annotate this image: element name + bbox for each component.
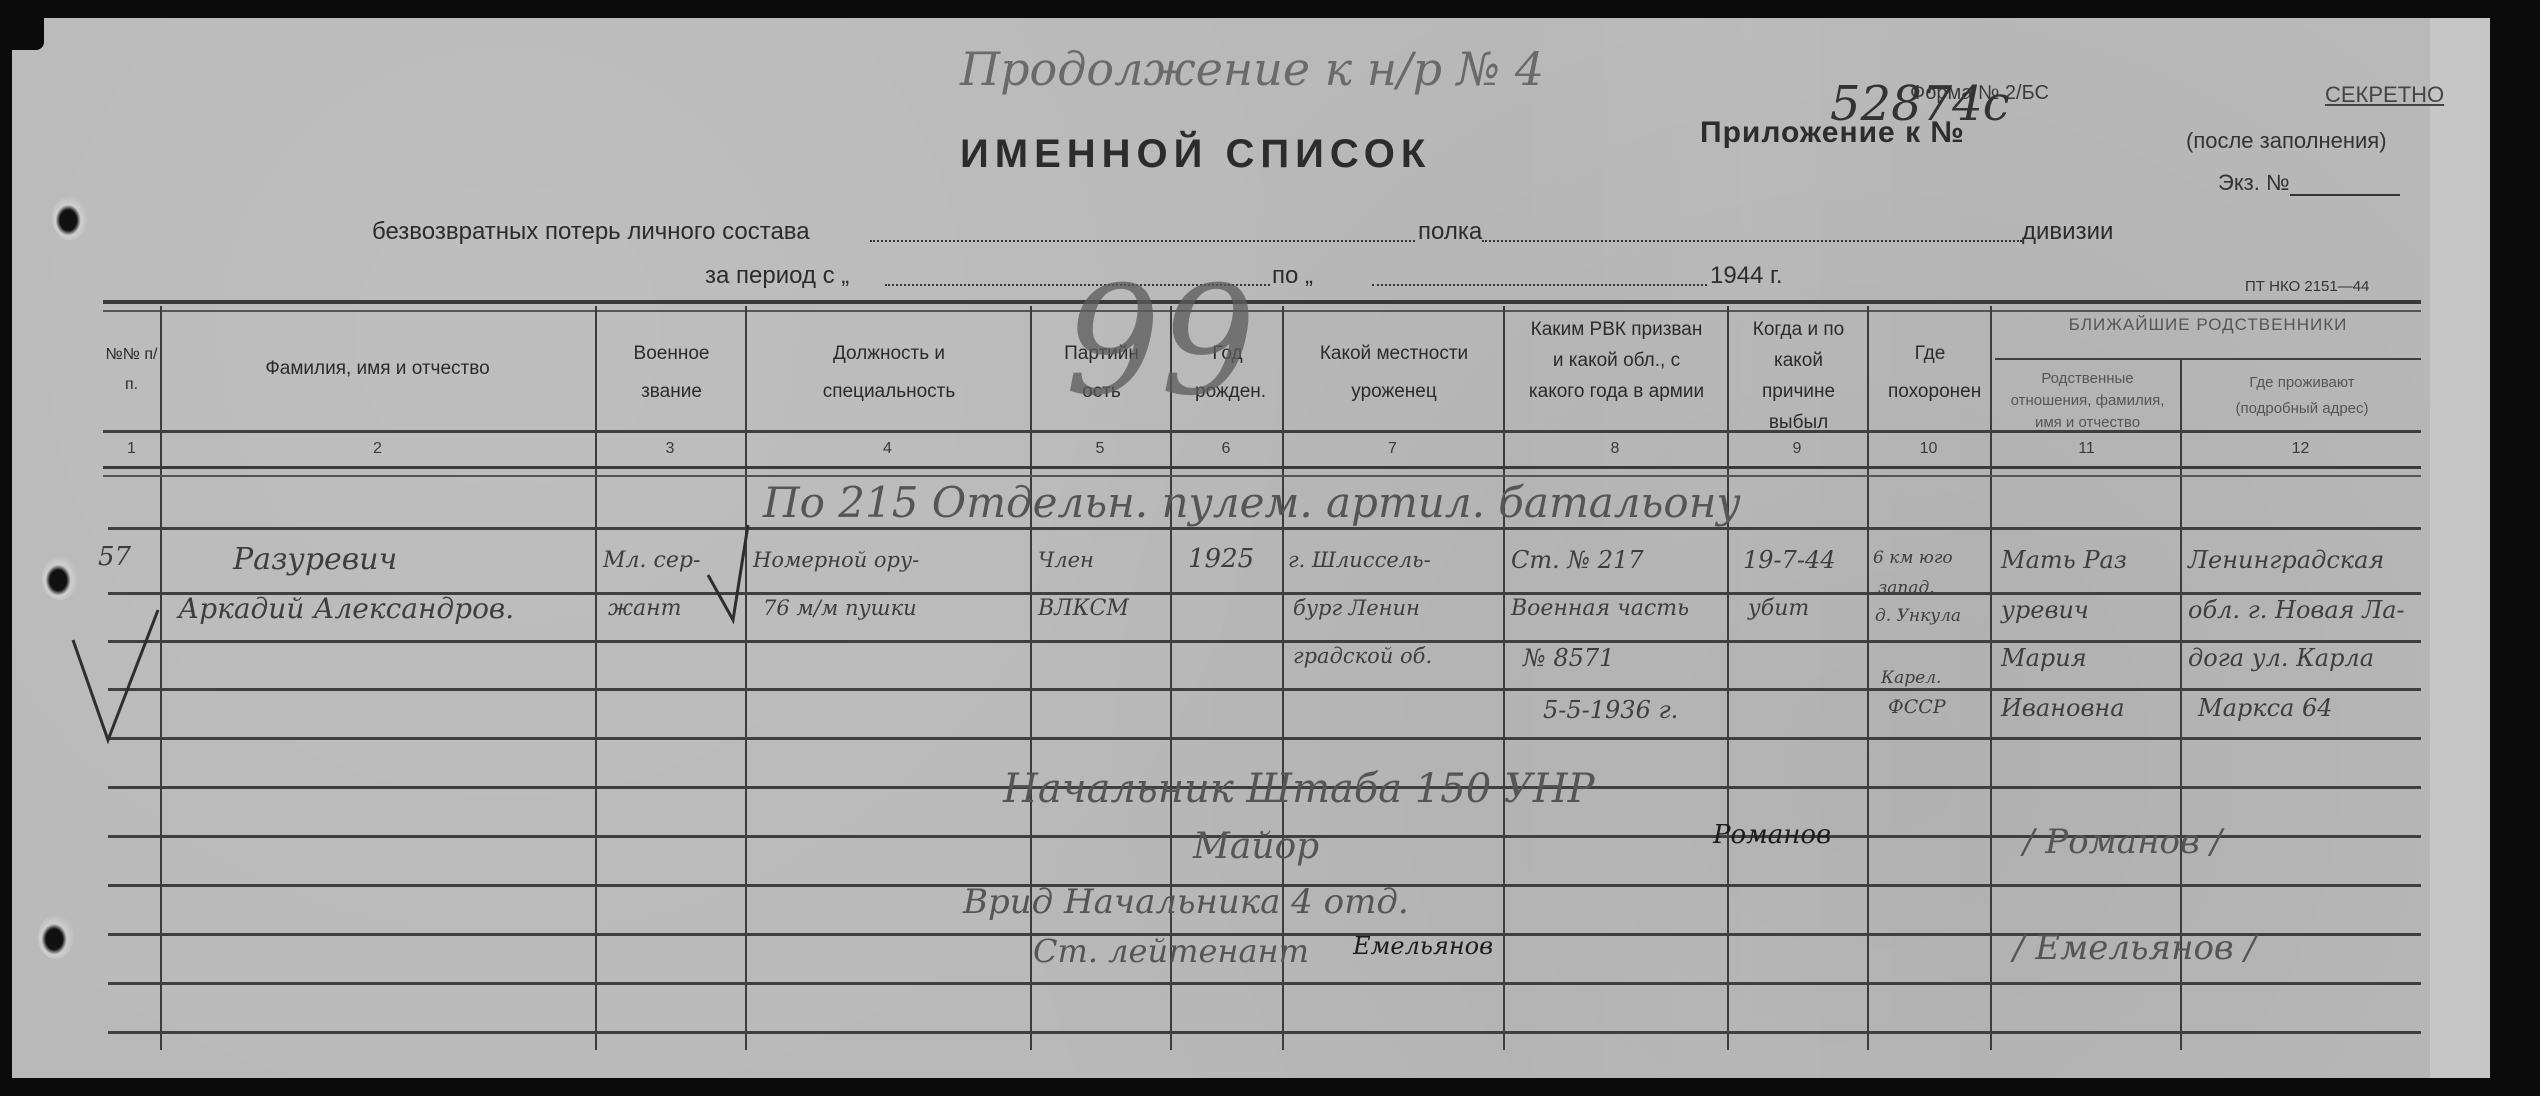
- col-number-1: 1: [103, 440, 160, 458]
- casualty-table: №№ п/п. Фамилия, имя и отчество Военное …: [103, 300, 2421, 1050]
- col-header-10: Где похоронен: [1870, 335, 1990, 411]
- record-surname: Разуревич: [233, 542, 397, 577]
- record-address-3: дога ул. Карла: [2188, 644, 2374, 672]
- print-code: ПТ НКО 2151—44: [2245, 278, 2369, 295]
- col-divider: [1503, 306, 1505, 1050]
- record-rvk-2: Военная часть: [1511, 596, 1689, 621]
- record-name-patronymic: Аркадий Александров.: [178, 592, 514, 625]
- record-buried-5: ФССР: [1888, 696, 1946, 718]
- losses-label: безвозвратных потерь личного состава: [372, 218, 810, 246]
- col-number-2: 2: [160, 440, 595, 458]
- col-header-9: Когда и по какой причине выбыл: [1730, 314, 1867, 438]
- col-header-1: №№ п/п.: [103, 340, 160, 400]
- record-birthplace-3: градской об.: [1293, 644, 1432, 668]
- col-divider: [1727, 306, 1729, 1050]
- record-rvk-1: Ст. № 217: [1511, 546, 1644, 574]
- row-line: [108, 1031, 2421, 1034]
- relatives-group-header: БЛИЖАЙШИЕ РОДСТВЕННИКИ: [1995, 306, 2421, 344]
- punch-hole-top: [52, 196, 88, 240]
- row-line: [108, 640, 2421, 643]
- checkmark-icon: [63, 600, 183, 750]
- col-header-11: Родственные отношения, фамилия, имя и от…: [1995, 368, 2180, 434]
- period-label: за период с „: [705, 262, 849, 290]
- period-year: 1944 г.: [1710, 262, 1783, 290]
- record-birth-year: 1925: [1188, 544, 1254, 574]
- row-line: [108, 982, 2421, 985]
- chief-rank: Майор: [1193, 826, 1319, 867]
- deputy-title: Врид Начальника 4 отд.: [963, 882, 1409, 922]
- record-rank-1: Мл. сер-: [603, 548, 700, 573]
- checkmark-icon: [703, 520, 763, 640]
- record-rvk-4: 5-5-1936 г.: [1543, 696, 1678, 724]
- col-header-4: Должность и специальность: [748, 335, 1030, 411]
- handwritten-continuation: Продолжение к н/р № 4: [960, 42, 1544, 96]
- record-number: 57: [98, 542, 131, 572]
- record-position-1: Номерной ору-: [753, 548, 919, 572]
- record-buried-1: 6 км юго: [1873, 548, 1953, 568]
- record-relative-2: уревич: [2001, 596, 2089, 624]
- col-divider: [745, 306, 747, 1050]
- period-to-label: по „: [1272, 262, 1313, 290]
- col-header-7: Какой местности уроженец: [1285, 335, 1503, 411]
- col-number-11: 11: [1993, 440, 2180, 458]
- copy-number-field: [2290, 194, 2400, 196]
- copy-number-label: Экз. №: [2218, 170, 2290, 196]
- body-top-rule: [103, 466, 2421, 477]
- col-divider: [1990, 306, 1992, 1050]
- deputy-signature: Емельянов: [1353, 932, 1493, 960]
- chief-name: / Романов /: [2023, 822, 2222, 862]
- col-header-8: Каким РВК призван и какой обл., с какого…: [1506, 314, 1727, 407]
- record-buried-2: запад.: [1878, 578, 1935, 598]
- secret-label: СЕКРЕТНО: [2325, 82, 2444, 108]
- record-position-2: 76 м/м пушки: [763, 596, 917, 620]
- paper-edge-strip: [2430, 18, 2490, 1078]
- col-number-7: 7: [1282, 440, 1503, 458]
- record-left-reason: убит: [1748, 596, 1809, 621]
- chief-title: Начальник Штаба 150 УНР: [1003, 766, 1595, 812]
- record-address-1: Ленинградская: [2188, 546, 2384, 574]
- record-buried-4: Карел.: [1881, 668, 1941, 688]
- col-header-3: Военное звание: [598, 335, 745, 411]
- record-rvk-3: № 8571: [1523, 644, 1614, 672]
- deputy-name: / Емельянов /: [2013, 928, 2256, 968]
- regiment-label: полка: [1418, 218, 1482, 246]
- col-number-5: 5: [1030, 440, 1170, 458]
- record-relative-1: Мать Раз: [2001, 546, 2127, 574]
- header-rule: [103, 430, 2421, 433]
- deputy-rank: Ст. лейтенант: [1033, 932, 1309, 970]
- unit-field: [870, 240, 1415, 242]
- record-address-4: Маркса 64: [2198, 694, 2333, 722]
- record-birthplace-1: г. Шлиссель-: [1288, 548, 1431, 572]
- punch-hole-middle: [42, 556, 78, 600]
- chief-signature: Романов: [1713, 820, 1831, 850]
- col-divider: [1030, 306, 1032, 1050]
- record-party-2: ВЛКСМ: [1038, 596, 1129, 621]
- after-filling-note: (после заполнения): [2186, 128, 2387, 154]
- punch-hole-bottom: [38, 915, 74, 959]
- col-number-6: 6: [1170, 440, 1282, 458]
- document-title: ИМЕННОЙ СПИСОК: [960, 132, 1431, 177]
- division-label: дивизии: [2022, 218, 2113, 246]
- col-number-4: 4: [745, 440, 1030, 458]
- col-header-2: Фамилия, имя и отчество: [160, 350, 595, 388]
- col-number-8: 8: [1503, 440, 1727, 458]
- record-party-1: Член: [1038, 548, 1094, 572]
- col-number-3: 3: [595, 440, 745, 458]
- col-number-10: 10: [1867, 440, 1990, 458]
- big-handwritten-mark: 99: [1065, 255, 1256, 429]
- record-relative-4: Ивановна: [2001, 694, 2125, 722]
- record-rank-2: жант: [608, 596, 681, 621]
- record-left-date: 19-7-44: [1743, 546, 1836, 574]
- regiment-field: [1482, 240, 2022, 242]
- record-buried-3: д. Ункула: [1875, 606, 1961, 626]
- row-line: [108, 688, 2421, 691]
- unit-line: По 215 Отдельн. пулем. артил. батальону: [763, 478, 1741, 527]
- torn-corner: [12, 18, 44, 50]
- col-divider: [1867, 306, 1869, 1050]
- record-birthplace-2: бург Ленин: [1293, 596, 1420, 620]
- col-header-12: Где проживают (подробный адрес): [2183, 370, 2421, 422]
- row-line: [108, 737, 2421, 740]
- group-header-rule: [1995, 358, 2421, 360]
- col-number-12: 12: [2180, 440, 2421, 458]
- col-number-9: 9: [1727, 440, 1867, 458]
- period-to-field: [1372, 284, 1707, 286]
- record-address-2: обл. г. Новая Ла-: [2188, 596, 2405, 624]
- record-relative-3: Мария: [2001, 644, 2087, 672]
- handwritten-document-number: 52874с: [1830, 76, 2010, 132]
- col-divider: [595, 306, 597, 1050]
- row-line: [108, 527, 2421, 530]
